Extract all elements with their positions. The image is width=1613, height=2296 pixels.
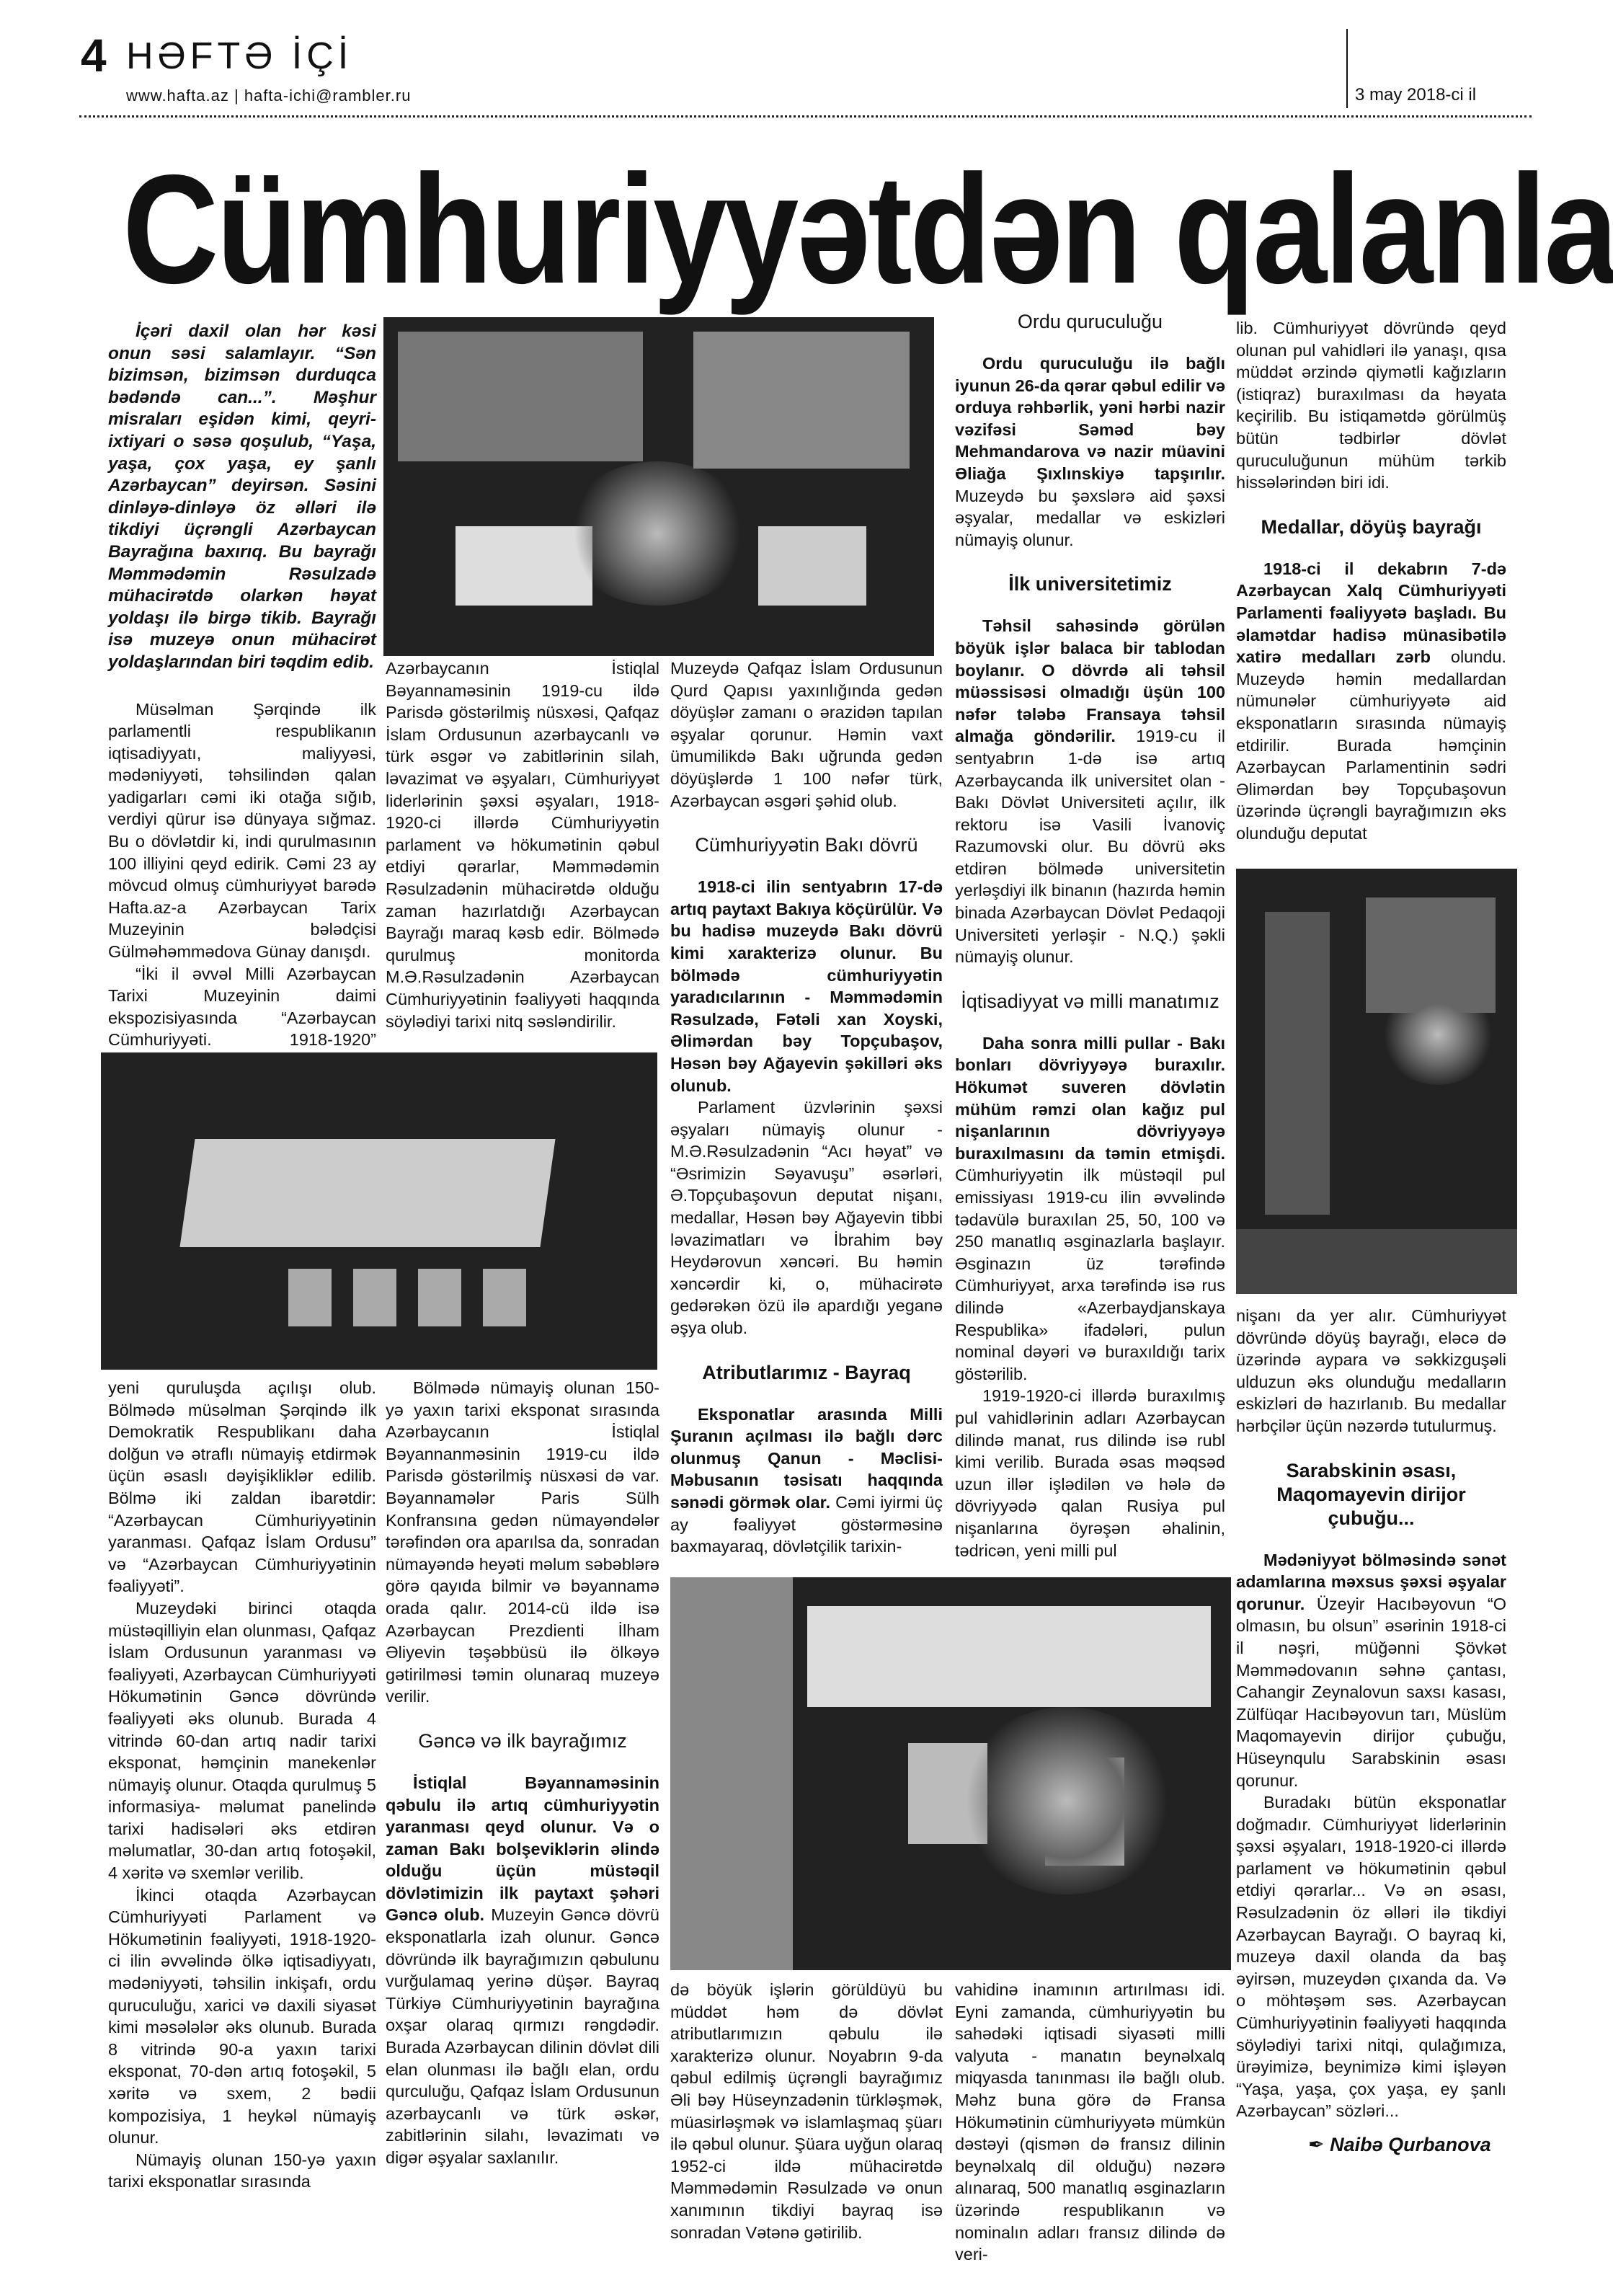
paragraph: Muzeydə Qafqaz İslam Ordusunun Qurd Qapı… xyxy=(670,657,943,812)
bold-text: İstiqlal Bəyannaməsinin qəbulu ilə artıq… xyxy=(386,1773,659,1925)
masthead-divider xyxy=(1346,29,1348,108)
subheading-medals: Medallar, döyüş bayrağı xyxy=(1236,515,1506,539)
paragraph: lib. Cümhuriyyət dövründə qeyd olunan pu… xyxy=(1236,317,1506,494)
subheading-university: İlk universitetimiz xyxy=(955,572,1225,596)
publication-name: HƏFTƏ İÇİ xyxy=(126,35,352,78)
bold-text: Daha sonra milli pullar - Bakı bonları d… xyxy=(955,1034,1225,1163)
bold-text: Ordu quruculuğu ilə bağlı iyunun 26-da q… xyxy=(955,354,1225,483)
author-byline: ✒ Naibə Qurbanova xyxy=(1308,2134,1491,2156)
publication-contacts: www.hafta.az | hafta-ichi@rambler.ru xyxy=(126,87,411,105)
paragraph: Ordu quruculuğu ilə bağlı iyunun 26-da q… xyxy=(955,353,1225,551)
paragraph: də böyük işlərin görüldüyü bu müddət həm… xyxy=(670,1979,943,2243)
column-1-bottom: yeni quruluşda açılışı olub. Bölmədə müs… xyxy=(108,1377,376,2193)
page-number: 4 xyxy=(81,29,107,82)
paragraph: yeni quruluşda açılışı olub. Bölmədə müs… xyxy=(108,1377,376,1597)
subheading-army: Ordu quruculuğu xyxy=(955,310,1225,334)
column-2-bottom: Bölmədə nümayiş olunan 150-yə yaxın tari… xyxy=(386,1377,659,2169)
paragraph: Təhsil sahəsində görülən böyük işlər bal… xyxy=(955,615,1225,968)
bold-text: 1918-ci ilin sentyabrın 17-də artıq payt… xyxy=(670,877,943,1094)
paragraph: Azərbaycanın İstiqlal Bəyannaməsinin 191… xyxy=(386,657,659,1032)
headline: Cümhuriyyətdən qalanlar xyxy=(123,151,1300,306)
paragraph: Nümayiş olunan 150-yə yaxın tarixi ekspo… xyxy=(108,2149,376,2193)
paragraph: Buradakı bütün eksponatlar doğmadır. Cüm… xyxy=(1236,1791,1506,2122)
paragraph: Müsəlman Şərqində ilk parlamentli respub… xyxy=(108,699,376,963)
subheading-flag: Atributlarımız - Bayraq xyxy=(670,1361,943,1385)
text: Üzeyir Hacıbəyovun “O olmasın, bu olsun”… xyxy=(1236,1595,1506,1790)
subheading-culture: Sarabskinin əsası, Maqomayevin dirijor ç… xyxy=(1236,1459,1506,1530)
email-link[interactable]: hafta-ichi@rambler.ru xyxy=(244,87,412,105)
paragraph: Daha sonra milli pullar - Bakı bonları d… xyxy=(955,1032,1225,1386)
column-2-top: Azərbaycanın İstiqlal Bəyannaməsinin 191… xyxy=(386,657,659,1032)
paragraph: İstiqlal Bəyannaməsinin qəbulu ilə artıq… xyxy=(386,1772,659,2169)
photo-museum-vitrine xyxy=(383,317,934,656)
photo-portrait-showcase xyxy=(670,1577,1231,1970)
issue-date: 3 may 2018-ci il xyxy=(1355,85,1476,105)
column-1-top: İçəri daxil olan hər kəsi onun səsi sala… xyxy=(108,321,376,1073)
paragraph: 1919-1920-ci illərdə buraxılmış pul vahi… xyxy=(955,1385,1225,1561)
text: Muzeydə bu şəxslərə aid şəxsi əşyalar, m… xyxy=(955,487,1225,549)
photo-museum-corridor xyxy=(1236,869,1517,1294)
paragraph: İkinci otaqda Azərbaycan Cümhuriyyəti Pa… xyxy=(108,1884,376,2149)
photo-exhibition-hall xyxy=(101,1052,657,1370)
column-3-bottom: də böyük işlərin görüldüyü bu müddət həm… xyxy=(670,1979,943,2243)
website-link[interactable]: www.hafta.az xyxy=(126,87,229,105)
text: Muzeyin Gəncə dövrü eksponatlarla izah o… xyxy=(386,1905,659,2167)
subheading-ganja: Gəncə və ilk bayrağımız xyxy=(386,1729,659,1753)
paragraph: 1918-ci il dekabrın 7-də Azərbaycan Xalq… xyxy=(1236,558,1506,845)
column-5-bottom: nişanı da yer alır. Cümhuriyyət dövründə… xyxy=(1236,1305,1506,2122)
subheading-economy: İqtisadiyyat və milli manatımız xyxy=(955,990,1225,1014)
contacts-separator: | xyxy=(234,87,239,105)
column-4-top: Ordu quruculuğu Ordu quruculuğu ilə bağl… xyxy=(955,310,1225,1561)
text: olundu. Muzeydə həmin medallardan nümunə… xyxy=(1236,647,1506,843)
paragraph: Parlament üzvlərinin şəxsi əşyaları nüma… xyxy=(670,1096,943,1339)
text: 1919-cu il sentyabrın 1-də isə artıq Azə… xyxy=(955,727,1225,966)
subheading-baku: Cümhuriyyətin Bakı dövrü xyxy=(670,833,943,857)
pen-icon: ✒ xyxy=(1308,2134,1325,2155)
paragraph: nişanı da yer alır. Cümhuriyyət dövründə… xyxy=(1236,1305,1506,1437)
article-lead: İçəri daxil olan hər kəsi onun səsi sala… xyxy=(108,321,376,674)
paragraph: Mədəniyyət bölməsində sənət adamlarına m… xyxy=(1236,1549,1506,1792)
dotted-rule xyxy=(79,115,1532,118)
paragraph: 1918-ci ilin sentyabrın 17-də artıq payt… xyxy=(670,876,943,1096)
paragraph: vahidinə inamının artırılması idi. Eyni … xyxy=(955,1979,1225,2266)
text: Cümhuriyyətin ilk müstəqil pul emissiyas… xyxy=(955,1166,1225,1383)
paragraph: Muzeydəki birinci otaqda müstəqilliyin e… xyxy=(108,1597,376,1884)
author-name: Naibə Qurbanova xyxy=(1330,2134,1491,2155)
column-3-top: Muzeydə Qafqaz İslam Ordusunun Qurd Qapı… xyxy=(670,657,943,1558)
column-5-top: lib. Cümhuriyyət dövründə qeyd olunan pu… xyxy=(1236,317,1506,844)
paragraph: Eksponatlar arasında Milli Şuranın açılm… xyxy=(670,1404,943,1558)
column-4-bottom: vahidinə inamının artırılması idi. Eyni … xyxy=(955,1979,1225,2266)
paragraph: Bölmədə nümayiş olunan 150-yə yaxın tari… xyxy=(386,1377,659,1708)
